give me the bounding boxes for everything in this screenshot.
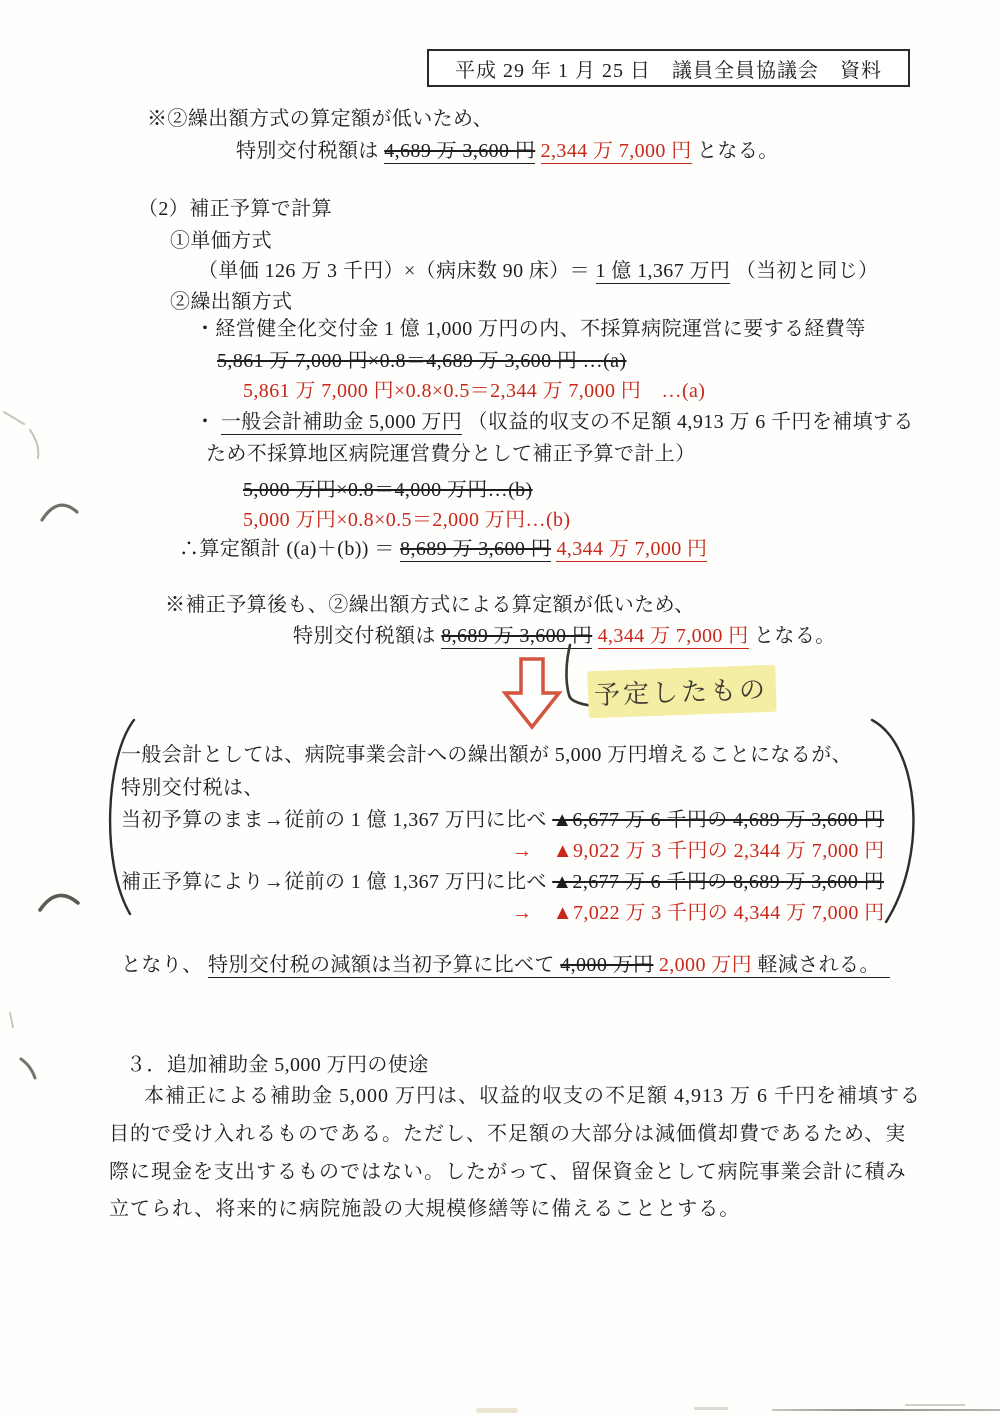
note2-line2-suffix: となる。 [754, 625, 836, 647]
calc-total-old: 8,689 万 3,600 円 [400, 538, 551, 562]
scan-artifact-dash [10, 1013, 13, 1027]
item-b-title: 一般会計補助金 5,000 万円 [221, 411, 462, 435]
document-title: 平成 29 年 1 月 25 日 議員全員協議会 資料 [455, 54, 882, 83]
scan-artifact-arc-1 [42, 505, 77, 520]
summary-row2-prefix: 補正予算により→従前の 1 億 1,367 万円に比べ [121, 871, 547, 893]
down-arrow-svg [501, 657, 563, 731]
note1-line1: ※②繰出額方式の算定額が低いため、 [147, 106, 493, 132]
scan-artifact-bottom-line [772, 1409, 1000, 1411]
unit-formula-suffix: （当初と同じ） [736, 260, 879, 282]
summary-line1: 一般会計としては、病院事業会計への繰出額が 5,000 万円増えることになるが、 [121, 742, 852, 768]
summary-row2: 補正予算により→従前の 1 億 1,367 万円に比べ ▲2,677 万 6 千… [121, 869, 884, 895]
item-a-old-formula: 5,861 万 7,000 円×0.8＝4,689 万 3,600 円 …(a) [217, 348, 626, 374]
item-b-new-formula: 5,000 万円×0.8×0.5＝2,000 万円…(b) [243, 507, 570, 533]
conclusion-new: 2,000 万円 [659, 954, 752, 976]
handwritten-note: 予定したもの [587, 665, 777, 719]
section3-para-line1: 本補正による補助金 5,000 万円は、収益的収支の不足額 4,913 万 6 … [144, 1083, 921, 1109]
conclusion-underlined-2: 軽減される。 [757, 954, 879, 976]
summary-row2-old: ▲2,677 万 6 千円の 8,689 万 3,600 円 [552, 871, 884, 893]
note1-line2: 特別交付税額は 4,689 万 3,600 円 2,344 万 7,000 円 … [236, 138, 779, 164]
item-b-bullet: ・ [195, 411, 215, 433]
unit-method-formula: （単価 126 万 3 千円）×（病床数 90 床）＝ 1 億 1,367 万円… [198, 258, 879, 284]
unit-formula-prefix: （単価 126 万 3 千円）×（病床数 90 床）＝ [198, 260, 590, 282]
scanned-document-page: 平成 29 年 1 月 25 日 議員全員協議会 資料 ※②繰出額方式の算定額が… [0, 0, 1000, 1415]
note2-line1: ※補正予算後も、②繰出額方式による算定額が低いため、 [165, 592, 695, 618]
note1-line2-prefix: 特別交付税額は [236, 140, 379, 162]
item-b-desc-line2: ため不採算地区病院運営費分として補正予算で計上） [206, 441, 696, 467]
section3-para-line4: 立てられ、将来的に病院施設の大規模修繕等に備えることとする。 [109, 1196, 740, 1222]
calc-total-prefix: ∴算定額計 ((a)＋(b)) ＝ [179, 538, 395, 560]
unit-method-heading: ①単価方式 [170, 228, 272, 254]
section3-para-line3: 際に現金を支出するものではない。したがって、留保資金として病院事業会計に積み [109, 1159, 907, 1185]
unit-formula-result: 1 億 1,367 万円 [596, 260, 731, 284]
scan-artifact-bottom-smudge-1 [694, 1407, 728, 1410]
conclusion-line: となり、 特別交付税の減額は当初予算に比べて 4,000 万円 2,000 万円… [121, 952, 890, 978]
scan-artifact-bottom-smudge-3 [476, 1408, 518, 1413]
scan-artifact-comma [21, 1059, 35, 1078]
summary-row1-prefix: 当初予算のまま→従前の 1 億 1,367 万円に比べ [121, 809, 547, 831]
summary-line2: 特別交付税は、 [121, 775, 264, 801]
scan-artifact-arc-2 [40, 895, 78, 910]
summary-row1-new: → ▲9,022 万 3 千円の 2,344 万 7,000 円 [512, 838, 885, 864]
summary-row1-old: ▲6,677 万 6 千円の 4,689 万 3,600 円 [552, 809, 884, 831]
calc-total-new: 4,344 万 7,000 円 [556, 538, 707, 562]
transfer-method-heading: ②繰出額方式 [170, 289, 292, 315]
conclusion-old: 4,000 万円 [560, 954, 653, 976]
item-a-new-formula: 5,861 万 7,000 円×0.8×0.5＝2,344 万 7,000 円 … [243, 378, 705, 404]
section3-heading: ３．追加補助金 5,000 万円の使途 [126, 1052, 429, 1078]
conclusion-underlined: 特別交付税の減額は当初予算に比べて 4,000 万円 2,000 万円 軽減され… [208, 954, 890, 978]
down-arrow-icon [501, 657, 563, 731]
scan-artifact-scratch [4, 412, 38, 458]
section3-para-line2: 目的で受け入れるものである。ただし、不足額の大部分は減価償却費であるため、実 [109, 1121, 906, 1147]
note1-new-amount: 2,344 万 7,000 円 [541, 140, 692, 164]
note2-line2-prefix: 特別交付税額は [293, 625, 436, 647]
item-b-desc1: （収益的収支の不足額 4,913 万 6 千円を補填する [468, 411, 914, 433]
note2-new-amount: 4,344 万 7,000 円 [598, 625, 749, 649]
item-b-old-formula: 5,000 万円×0.8＝4,000 万円…(b) [243, 477, 533, 503]
calc-total-line: ∴算定額計 ((a)＋(b)) ＝ 8,689 万 3,600 円 4,344 … [179, 536, 707, 562]
item-a-desc: ・経営健全化交付金 1 億 1,000 万円の内、不採算病院運営に要する経費等 [195, 316, 866, 342]
item-b-desc-line1: ・ 一般会計補助金 5,000 万円 （収益的収支の不足額 4,913 万 6 … [195, 409, 914, 435]
note1-old-amount: 4,689 万 3,600 円 [384, 140, 535, 164]
conclusion-prefix: となり、 [121, 954, 203, 976]
conclusion-underlined-1: 特別交付税の減額は当初予算に比べて [208, 954, 555, 976]
document-title-box: 平成 29 年 1 月 25 日 議員全員協議会 資料 [427, 49, 910, 87]
summary-row2-new: → ▲7,022 万 3 千円の 4,344 万 7,000 円 [512, 900, 885, 926]
summary-row1: 当初予算のまま→従前の 1 億 1,367 万円に比べ ▲6,677 万 6 千… [121, 807, 884, 833]
scan-artifact-bottom-smudge-2 [905, 1404, 965, 1406]
section2-heading: （2）補正予算で計算 [138, 196, 332, 222]
note1-line2-suffix: となる。 [697, 140, 779, 162]
